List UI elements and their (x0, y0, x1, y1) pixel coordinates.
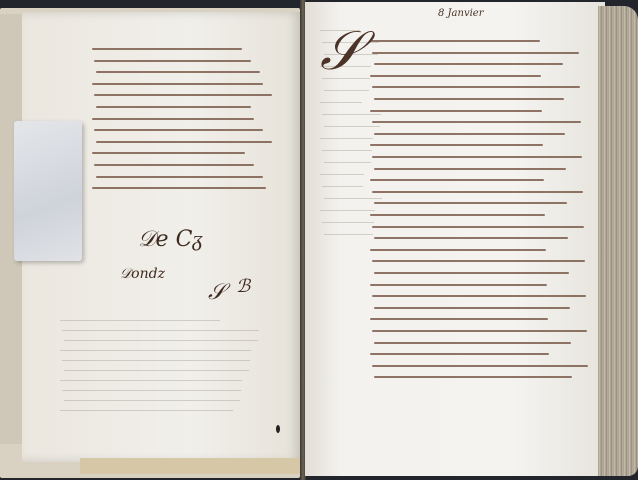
handwritten-line (64, 370, 249, 371)
handwritten-line (92, 48, 242, 50)
tissue-paper-insert (14, 121, 82, 261)
handwritten-line (92, 187, 266, 189)
signature-1: 𝒟e Cᵹ (138, 226, 203, 252)
handwritten-line (324, 90, 369, 91)
handwritten-line (322, 186, 363, 187)
handwritten-line (60, 380, 242, 381)
handwritten-line (372, 52, 579, 54)
handwritten-line (62, 330, 259, 331)
decorated-initial: 𝒮 (320, 24, 362, 78)
handwritten-line (374, 307, 570, 309)
handwritten-line (94, 129, 263, 131)
handwritten-line (320, 174, 364, 175)
handwritten-line (60, 410, 233, 411)
handwritten-line (374, 133, 565, 135)
handwritten-line (324, 234, 373, 235)
handwritten-line (324, 126, 380, 127)
handwritten-line (370, 40, 540, 42)
handwritten-line (324, 198, 382, 199)
handwritten-line (372, 191, 583, 193)
handwritten-line (320, 102, 362, 103)
handwritten-line (322, 222, 374, 223)
handwritten-line (96, 141, 272, 143)
handwritten-line (372, 295, 586, 297)
page-edges (598, 6, 638, 476)
handwritten-line (370, 284, 547, 286)
handwritten-line (94, 164, 254, 166)
handwritten-line (92, 83, 263, 85)
signature-4: ℬ (236, 276, 250, 297)
handwritten-line (372, 226, 584, 228)
handwritten-line (374, 98, 564, 100)
handwritten-line (374, 63, 563, 65)
handwritten-line (374, 168, 566, 170)
handwritten-line (64, 340, 258, 341)
page-header-date: 8 Janvier (438, 8, 484, 19)
handwritten-line (370, 179, 544, 181)
handwritten-line (370, 353, 549, 355)
bottom-paper-strip (80, 458, 300, 474)
handwritten-line (96, 176, 263, 178)
handwritten-line (370, 110, 542, 112)
handwritten-line (64, 400, 240, 401)
signature-3: 𝒮 (208, 280, 225, 305)
signature-2: 𝒟ondz (120, 266, 165, 282)
handwritten-line (96, 71, 260, 73)
handwritten-line (320, 138, 373, 139)
handwritten-line (322, 114, 381, 115)
handwritten-line (62, 360, 250, 361)
manuscript-photo: 8 Janvier 𝒮 𝒟e Cᵹ 𝒟ondz 𝒮 ℬ (0, 0, 638, 480)
handwritten-line (374, 342, 571, 344)
handwritten-line (94, 60, 251, 62)
handwritten-line (92, 118, 254, 120)
handwritten-line (324, 162, 371, 163)
handwritten-line (370, 249, 546, 251)
handwritten-line (62, 390, 241, 391)
handwritten-line (60, 350, 251, 351)
handwritten-line (322, 150, 372, 151)
handwritten-line (372, 121, 581, 123)
handwritten-line (372, 365, 588, 367)
handwritten-line (370, 75, 541, 77)
handwritten-line (372, 156, 582, 158)
handwritten-line (60, 320, 220, 321)
handwritten-line (96, 106, 251, 108)
ink-blot (276, 425, 280, 433)
handwritten-line (374, 237, 568, 239)
handwritten-line (374, 272, 569, 274)
handwritten-line (372, 330, 587, 332)
handwritten-line (370, 214, 545, 216)
handwritten-line (320, 210, 375, 211)
